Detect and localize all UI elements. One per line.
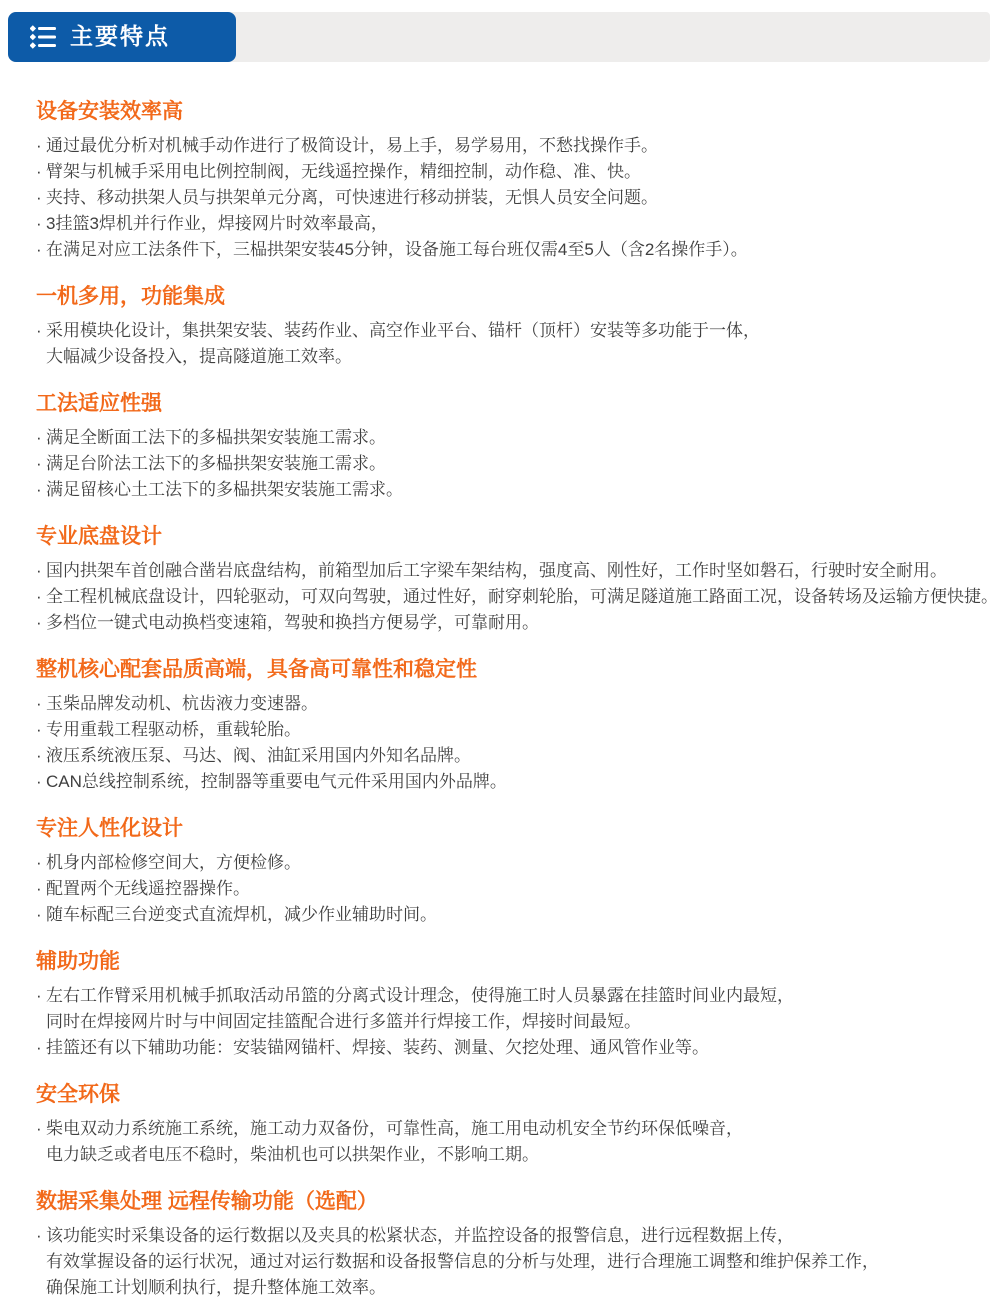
section-heading: 设备安装效率高 xyxy=(36,97,966,127)
feature-line: · 在满足对应工法条件下，三榀拱架安装45分钟，设备施工每台班仅需4至5人（含2… xyxy=(36,237,966,263)
feature-line: · 随车标配三台逆变式直流焊机，减少作业辅助时间。 xyxy=(36,902,966,928)
feature-line-text: 3挂篮3焊机并行作业，焊接网片时效率最高， xyxy=(46,211,388,237)
bullet-dot xyxy=(36,344,46,370)
bullet-dot: · xyxy=(36,1035,46,1061)
feature-section: 安全环保 · 柴电双动力系统施工系统，施工动力双备份，可靠性高，施工用电动机安全… xyxy=(36,1080,966,1168)
section-lines: · 满足全断面工法下的多榀拱架安装施工需求。 · 满足台阶法工法下的多榀拱架安装… xyxy=(36,425,966,503)
bullet-dot: · xyxy=(36,983,46,1009)
feature-line-text: 夹持、移动拱架人员与拱架单元分离，可快速进行移动拼装，无惧人员安全问题。 xyxy=(46,185,658,211)
bullet-dot xyxy=(36,1275,46,1301)
feature-line: · 满足留核心土工法下的多榀拱架安装施工需求。 xyxy=(36,477,966,503)
feature-section: 专注人性化设计 · 机身内部检修空间大，方便检修。 · 配置两个无线遥控器操作。… xyxy=(36,814,966,928)
feature-line: · 液压系统液压泵、马达、阀、油缸采用国内外知名品牌。 xyxy=(36,743,966,769)
feature-line: · 国内拱架车首创融合凿岩底盘结构，前箱型加后工字梁车架结构，强度高、刚性好，工… xyxy=(36,558,966,584)
feature-line: · 柴电双动力系统施工系统，施工动力双备份，可靠性高，施工用电动机安全节约环保低… xyxy=(36,1116,966,1142)
feature-section: 专业底盘设计 · 国内拱架车首创融合凿岩底盘结构，前箱型加后工字梁车架结构，强度… xyxy=(36,522,966,636)
feature-line-text: 液压系统液压泵、马达、阀、油缸采用国内外知名品牌。 xyxy=(46,743,471,769)
bullet-dot xyxy=(36,1142,46,1168)
bullet-dot: · xyxy=(36,159,46,185)
feature-line-text: 大幅减少设备投入，提高隧道施工效率。 xyxy=(46,344,352,370)
feature-line-text: 配置两个无线遥控器操作。 xyxy=(46,876,250,902)
section-heading: 辅助功能 xyxy=(36,947,966,977)
feature-line-text: 全工程机械底盘设计，四轮驱动，可双向驾驶，通过性好，耐穿刺轮胎，可满足隧道施工路… xyxy=(46,584,998,610)
feature-line: 确保施工计划顺利执行，提升整体施工效率。 xyxy=(36,1275,966,1301)
feature-line: · 臂架与机械手采用电比例控制阀，无线遥控操作，精细控制，动作稳、准、快。 xyxy=(36,159,966,185)
features-content: 设备安装效率高 · 通过最优分析对机械手动作进行了极简设计，易上手，易学易用，不… xyxy=(0,62,1000,1301)
feature-line: · CAN总线控制系统，控制器等重要电气元件采用国内外品牌。 xyxy=(36,769,966,795)
feature-line: 电力缺乏或者电压不稳时，柴油机也可以拱架作业，不影响工期。 xyxy=(36,1142,966,1168)
bullet-dot: · xyxy=(36,133,46,159)
section-heading: 安全环保 xyxy=(36,1080,966,1110)
feature-line: · 多档位一键式电动换档变速箱，驾驶和换挡方便易学，可靠耐用。 xyxy=(36,610,966,636)
feature-section: 工法适应性强 · 满足全断面工法下的多榀拱架安装施工需求。 · 满足台阶法工法下… xyxy=(36,389,966,503)
feature-line: 大幅减少设备投入，提高隧道施工效率。 xyxy=(36,344,966,370)
feature-line-text: 左右工作臂采用机械手抓取活动吊篮的分离式设计理念，使得施工时人员暴露在挂篮时间业… xyxy=(46,983,794,1009)
feature-line-text: 确保施工计划顺利执行，提升整体施工效率。 xyxy=(46,1275,386,1301)
bullet-dot: · xyxy=(36,769,46,795)
feature-line: · 满足全断面工法下的多榀拱架安装施工需求。 xyxy=(36,425,966,451)
feature-line-text: 该功能实时采集设备的运行数据以及夹具的松紧状态，并监控设备的报警信息，进行远程数… xyxy=(46,1223,794,1249)
bullet-dot: · xyxy=(36,318,46,344)
feature-line-text: 机身内部检修空间大，方便检修。 xyxy=(46,850,301,876)
feature-line: · 挂篮还有以下辅助功能：安装锚网锚杆、焊接、装药、测量、欠挖处理、通风管作业等… xyxy=(36,1035,966,1061)
feature-line-text: 电力缺乏或者电压不稳时，柴油机也可以拱架作业，不影响工期。 xyxy=(46,1142,539,1168)
feature-line-text: 随车标配三台逆变式直流焊机，减少作业辅助时间。 xyxy=(46,902,437,928)
bullet-dot: · xyxy=(36,1116,46,1142)
page-header: 主要特点 xyxy=(0,0,1000,62)
bullet-dot: · xyxy=(36,717,46,743)
section-heading: 数据采集处理 远程传输功能（选配） xyxy=(36,1187,966,1217)
feature-line: 有效掌握设备的运行状况，通过对运行数据和设备报警信息的分析与处理，进行合理施工调… xyxy=(36,1249,966,1275)
feature-line-text: 臂架与机械手采用电比例控制阀，无线遥控操作，精细控制，动作稳、准、快。 xyxy=(46,159,641,185)
bullet-dot: · xyxy=(36,743,46,769)
feature-line: · 3挂篮3焊机并行作业，焊接网片时效率最高， xyxy=(36,211,966,237)
feature-line-text: 满足留核心土工法下的多榀拱架安装施工需求。 xyxy=(46,477,403,503)
section-lines: · 柴电双动力系统施工系统，施工动力双备份，可靠性高，施工用电动机安全节约环保低… xyxy=(36,1116,966,1168)
feature-line: · 满足台阶法工法下的多榀拱架安装施工需求。 xyxy=(36,451,966,477)
section-lines: · 该功能实时采集设备的运行数据以及夹具的松紧状态，并监控设备的报警信息，进行远… xyxy=(36,1223,966,1301)
bullet-dot: · xyxy=(36,425,46,451)
feature-line-text: 满足台阶法工法下的多榀拱架安装施工需求。 xyxy=(46,451,386,477)
section-heading: 一机多用，功能集成 xyxy=(36,282,966,312)
feature-line-text: 多档位一键式电动换档变速箱，驾驶和换挡方便易学，可靠耐用。 xyxy=(46,610,539,636)
section-lines: · 采用模块化设计，集拱架安装、装药作业、高空作业平台、锚杆（顶杆）安装等多功能… xyxy=(36,318,966,370)
section-heading: 专业底盘设计 xyxy=(36,522,966,552)
page-title: 主要特点 xyxy=(70,25,170,50)
list-icon xyxy=(30,24,56,50)
bullet-dot: · xyxy=(36,477,46,503)
feature-line: · 机身内部检修空间大，方便检修。 xyxy=(36,850,966,876)
bullet-dot: · xyxy=(36,584,46,610)
bullet-dot xyxy=(36,1249,46,1275)
feature-line-text: 同时在焊接网片时与中间固定挂篮配合进行多篮并行焊接工作，焊接时间最短。 xyxy=(46,1009,641,1035)
section-heading: 整机核心配套品质高端，具备高可靠性和稳定性 xyxy=(36,655,966,685)
section-lines: · 左右工作臂采用机械手抓取活动吊篮的分离式设计理念，使得施工时人员暴露在挂篮时… xyxy=(36,983,966,1061)
bullet-dot: · xyxy=(36,237,46,263)
feature-line-text: 柴电双动力系统施工系统，施工动力双备份，可靠性高，施工用电动机安全节约环保低噪音… xyxy=(46,1116,743,1142)
header-badge: 主要特点 xyxy=(8,12,236,62)
bullet-dot: · xyxy=(36,211,46,237)
feature-line-text: 挂篮还有以下辅助功能：安装锚网锚杆、焊接、装药、测量、欠挖处理、通风管作业等。 xyxy=(46,1035,709,1061)
section-lines: · 国内拱架车首创融合凿岩底盘结构，前箱型加后工字梁车架结构，强度高、刚性好，工… xyxy=(36,558,966,636)
feature-line: · 左右工作臂采用机械手抓取活动吊篮的分离式设计理念，使得施工时人员暴露在挂篮时… xyxy=(36,983,966,1009)
bullet-dot: · xyxy=(36,185,46,211)
bullet-dot: · xyxy=(36,902,46,928)
feature-line: 同时在焊接网片时与中间固定挂篮配合进行多篮并行焊接工作，焊接时间最短。 xyxy=(36,1009,966,1035)
feature-line: · 采用模块化设计，集拱架安装、装药作业、高空作业平台、锚杆（顶杆）安装等多功能… xyxy=(36,318,966,344)
feature-line-text: 采用模块化设计，集拱架安装、装药作业、高空作业平台、锚杆（顶杆）安装等多功能于一… xyxy=(46,318,760,344)
feature-line: · 该功能实时采集设备的运行数据以及夹具的松紧状态，并监控设备的报警信息，进行远… xyxy=(36,1223,966,1249)
feature-line-text: 有效掌握设备的运行状况，通过对运行数据和设备报警信息的分析与处理，进行合理施工调… xyxy=(46,1249,879,1275)
feature-line: · 配置两个无线遥控器操作。 xyxy=(36,876,966,902)
feature-section: 整机核心配套品质高端，具备高可靠性和稳定性 · 玉柴品牌发动机、杭齿液力变速器。… xyxy=(36,655,966,795)
section-heading: 专注人性化设计 xyxy=(36,814,966,844)
feature-line-text: 通过最优分析对机械手动作进行了极简设计，易上手，易学易用，不愁找操作手。 xyxy=(46,133,658,159)
feature-line-text: 在满足对应工法条件下，三榀拱架安装45分钟，设备施工每台班仅需4至5人（含2名操… xyxy=(46,237,748,263)
bullet-dot: · xyxy=(36,558,46,584)
feature-section: 设备安装效率高 · 通过最优分析对机械手动作进行了极简设计，易上手，易学易用，不… xyxy=(36,97,966,263)
bullet-dot: · xyxy=(36,876,46,902)
feature-line-text: 专用重载工程驱动桥，重载轮胎。 xyxy=(46,717,301,743)
bullet-dot: · xyxy=(36,451,46,477)
feature-line-text: 满足全断面工法下的多榀拱架安装施工需求。 xyxy=(46,425,386,451)
section-lines: · 玉柴品牌发动机、杭齿液力变速器。 · 专用重载工程驱动桥，重载轮胎。 · 液… xyxy=(36,691,966,795)
feature-line-text: 国内拱架车首创融合凿岩底盘结构，前箱型加后工字梁车架结构，强度高、刚性好，工作时… xyxy=(46,558,947,584)
feature-line: · 夹持、移动拱架人员与拱架单元分离，可快速进行移动拼装，无惧人员安全问题。 xyxy=(36,185,966,211)
feature-line: · 全工程机械底盘设计，四轮驱动，可双向驾驶，通过性好，耐穿刺轮胎，可满足隧道施… xyxy=(36,584,966,610)
bullet-dot: · xyxy=(36,1223,46,1249)
bullet-dot: · xyxy=(36,610,46,636)
feature-line: · 专用重载工程驱动桥，重载轮胎。 xyxy=(36,717,966,743)
feature-line: · 玉柴品牌发动机、杭齿液力变速器。 xyxy=(36,691,966,717)
bullet-dot xyxy=(36,1009,46,1035)
feature-section: 一机多用，功能集成 · 采用模块化设计，集拱架安装、装药作业、高空作业平台、锚杆… xyxy=(36,282,966,370)
feature-line-text: CAN总线控制系统，控制器等重要电气元件采用国内外品牌。 xyxy=(46,769,507,795)
feature-section: 数据采集处理 远程传输功能（选配） · 该功能实时采集设备的运行数据以及夹具的松… xyxy=(36,1187,966,1301)
section-heading: 工法适应性强 xyxy=(36,389,966,419)
bullet-dot: · xyxy=(36,850,46,876)
feature-line-text: 玉柴品牌发动机、杭齿液力变速器。 xyxy=(46,691,318,717)
feature-section: 辅助功能 · 左右工作臂采用机械手抓取活动吊篮的分离式设计理念，使得施工时人员暴… xyxy=(36,947,966,1061)
feature-line: · 通过最优分析对机械手动作进行了极简设计，易上手，易学易用，不愁找操作手。 xyxy=(36,133,966,159)
section-lines: · 通过最优分析对机械手动作进行了极简设计，易上手，易学易用，不愁找操作手。 ·… xyxy=(36,133,966,263)
bullet-dot: · xyxy=(36,691,46,717)
section-lines: · 机身内部检修空间大，方便检修。 · 配置两个无线遥控器操作。 · 随车标配三… xyxy=(36,850,966,928)
